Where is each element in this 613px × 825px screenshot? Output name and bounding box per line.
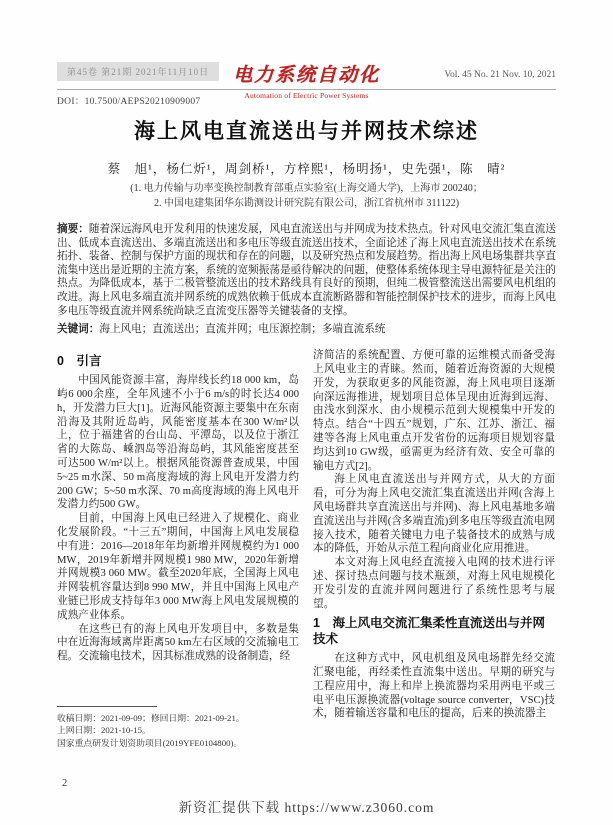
right-paragraph-4: 在这种方式中，风电机组及风电场群先经交流汇聚电能，再经柔性直流集中送出。早期的研… — [313, 652, 555, 721]
paper-page: 第45卷 第21期 2021年11月10日 DOI：10.7500/AEPS20… — [0, 0, 613, 825]
body-columns: 0 引言 中国风能资源丰富，海岸线长约18 000 km，岛屿6 000余座，全… — [57, 349, 556, 749]
right-paragraph-3: 本文对海上风电经直流接入电网的技术进行评述、探讨热点问题与技术瓶颈，对海上风电规… — [313, 556, 555, 611]
footnote-funding: 国家重点研发计划资助项目(2019YFE0104800)。 — [57, 737, 299, 750]
page-number: 2 — [62, 778, 67, 789]
keywords-label: 关键词： — [57, 323, 99, 335]
left-paragraph-1: 中国风能资源丰富，海岸线长约18 000 km，岛屿6 000余座，全年风速不小… — [57, 374, 299, 512]
left-paragraph-2: 目前，中国海上风电已经进入了规模化、商业化发展阶段。“十三五”期间，中国海上风电… — [57, 512, 299, 622]
volume-issue-date-en: Vol. 45 No. 21 Nov. 10, 2021 — [444, 70, 556, 80]
abstract-label: 摘要： — [57, 223, 89, 235]
abstract-text: 随着深远海风电开发利用的快速发展，风电直流送出与并网成为技术热点。针对风电交流汇… — [57, 224, 556, 317]
footnote-online-date: 上网日期：2021-10-15。 — [57, 724, 299, 737]
section-0-heading: 0 引言 — [57, 353, 299, 369]
footnote-divider — [57, 706, 157, 707]
right-paragraph-2: 海上风电直流送出与并网方式，从大的方面看，可分为海上风电交流汇集直流送出并网(含… — [313, 473, 555, 556]
left-column: 0 引言 中国风能资源丰富，海岸线长约18 000 km，岛屿6 000余座，全… — [57, 349, 299, 749]
footnote-received-date: 收稿日期：2021-09-09；修回日期：2021-09-21。 — [57, 712, 299, 725]
right-paragraph-1: 济简洁的系统配置、方便可靠的运维模式而备受海上风电业主的青睐。然而，随着近海资源… — [313, 349, 555, 473]
keywords: 关键词：海上风电；直流送出；直流并网；电压源控制；多端直流系统 — [57, 322, 556, 337]
affiliation-1: (1. 电力传输与功率变换控制教育部重点实验室(上海交通大学)，上海市 2002… — [0, 182, 613, 196]
left-paragraph-3: 在这些已有的海上风电开发项目中，多数是集中在近海海域离岸距离50 km左右区域的… — [57, 623, 299, 664]
abstract: 摘要：随着深远海风电开发利用的快速发展，风电直流送出与并网成为技术热点。针对风电… — [57, 223, 556, 318]
right-column: 济简洁的系统配置、方便可靠的运维模式而备受海上风电业主的青睐。然而，随着近海资源… — [313, 349, 555, 749]
journal-name-en: Automation of Electric Power Systems — [0, 91, 613, 100]
keywords-text: 海上风电；直流送出；直流并网；电压源控制；多端直流系统 — [99, 324, 385, 335]
affiliation-2: 2. 中国电建集团华东勘测设计研究院有限公司，浙江省杭州市 311122) — [0, 197, 613, 211]
footnote-block: 收稿日期：2021-09-09；修回日期：2021-09-21。 上网日期：20… — [57, 702, 299, 750]
download-watermark: 新资汇提供下载 https://www.z3060.com — [0, 796, 613, 816]
header-divider — [57, 89, 556, 90]
section-1-heading: 1 海上风电交流汇集柔性直流送出与并网技术 — [313, 615, 555, 647]
author-list: 蔡 旭¹，杨仁炘¹，周剑桥¹，方梓熙¹，杨明扬¹，史先强¹，陈 晴² — [0, 159, 613, 177]
